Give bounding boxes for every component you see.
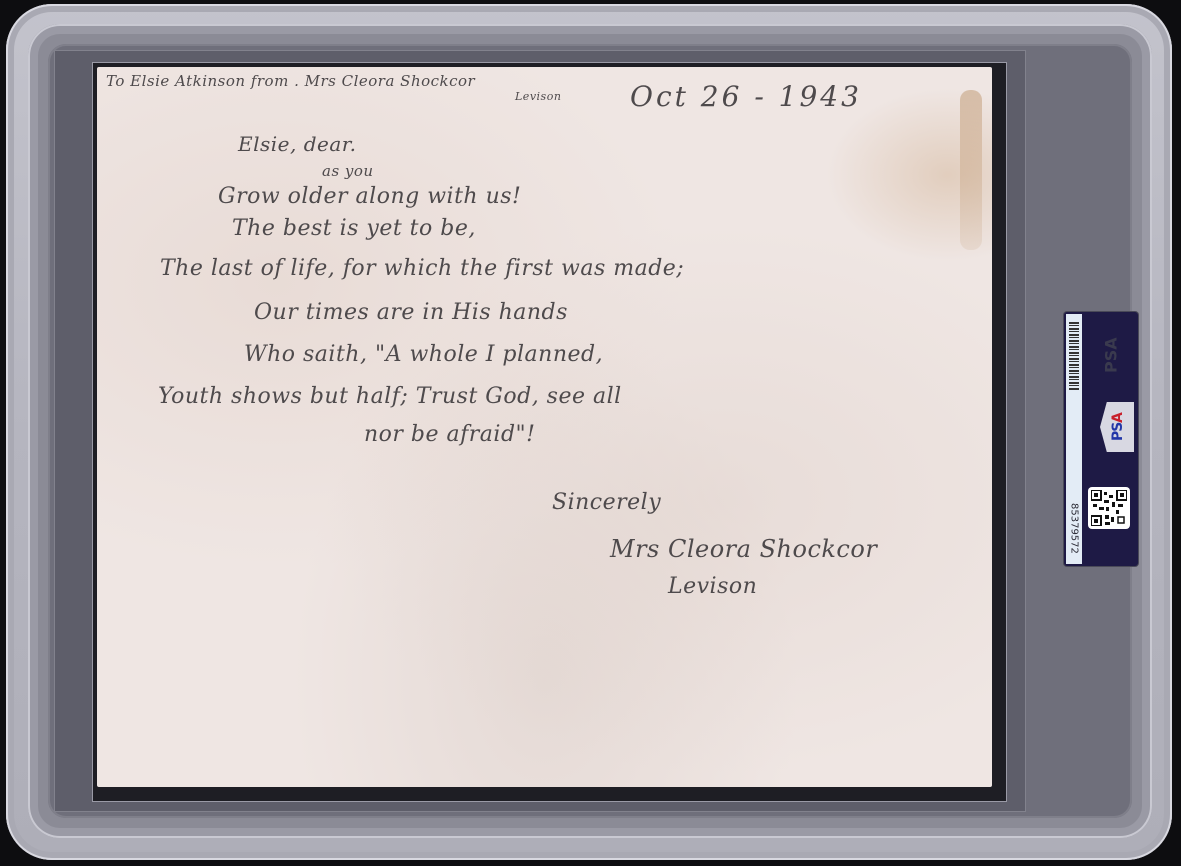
letter-line: nor be afraid"!	[364, 422, 536, 447]
letter-insert: as you	[322, 162, 374, 180]
signature-line-1: Mrs Cleora Shockcor	[610, 535, 877, 563]
letter-line: Youth shows but half; Trust God, see all	[158, 384, 622, 409]
letter-line: The best is yet to be,	[232, 216, 476, 241]
letter-line: Our times are in His hands	[254, 300, 568, 325]
letter-header: To Elsie Atkinson from . Mrs Cleora Shoc…	[106, 72, 475, 90]
letter-line: Who saith, "A whole I planned,	[244, 342, 603, 367]
letter-date: Oct 26 - 1943	[630, 80, 862, 113]
psa-logo-text: PSA	[1104, 404, 1132, 450]
letter-closing: Sincerely	[552, 490, 661, 515]
signature-line-2: Levison	[668, 574, 757, 599]
letter-paper	[97, 67, 992, 787]
qr-code-icon[interactable]	[1088, 487, 1130, 529]
letter-salutation: Elsie, dear.	[238, 132, 357, 156]
psa-hologram-icon: PSA	[1096, 326, 1126, 384]
letter-line: The last of life, for which the first wa…	[160, 256, 684, 281]
paper-stain	[960, 90, 982, 250]
letter-line: Grow older along with us!	[218, 184, 521, 209]
letter-header-sub: Levison	[515, 90, 561, 103]
cert-number: 85379572	[1066, 490, 1082, 566]
barcode-icon	[1069, 322, 1079, 390]
